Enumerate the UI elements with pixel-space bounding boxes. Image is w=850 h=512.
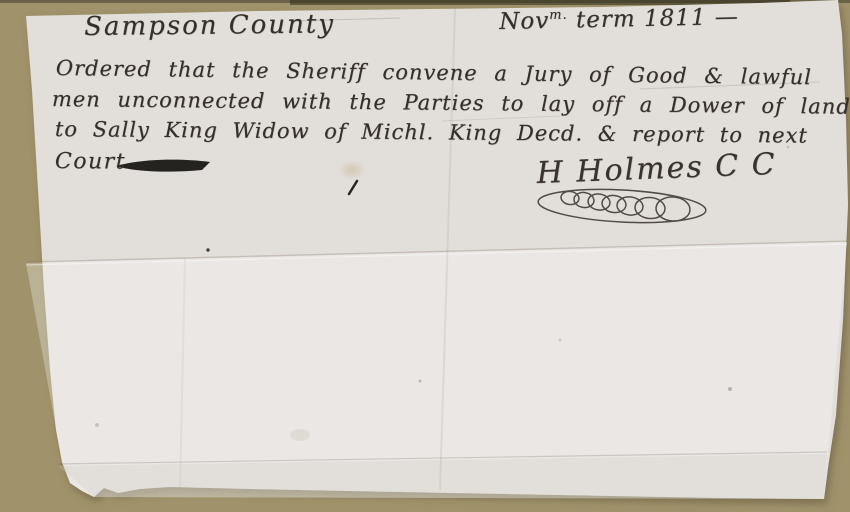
document-photo: Sampson County Novm. term 1811 — Ordered… <box>0 0 850 512</box>
paper-stain <box>338 160 366 180</box>
paper-speck <box>419 380 422 383</box>
term-heading: Novm. term 1811 — <box>499 4 739 35</box>
paper-speck <box>559 339 562 342</box>
paper-speck <box>95 423 99 427</box>
term-year: term 1811 — <box>567 4 739 34</box>
term-month: Nov <box>499 8 550 35</box>
paper-stain-small <box>290 429 310 441</box>
county-heading: Sampson County <box>84 9 335 42</box>
closing-word: Court <box>55 149 126 174</box>
term-superscript: m. <box>549 8 568 23</box>
paper-speck <box>728 387 732 391</box>
ink-dot <box>206 248 209 251</box>
